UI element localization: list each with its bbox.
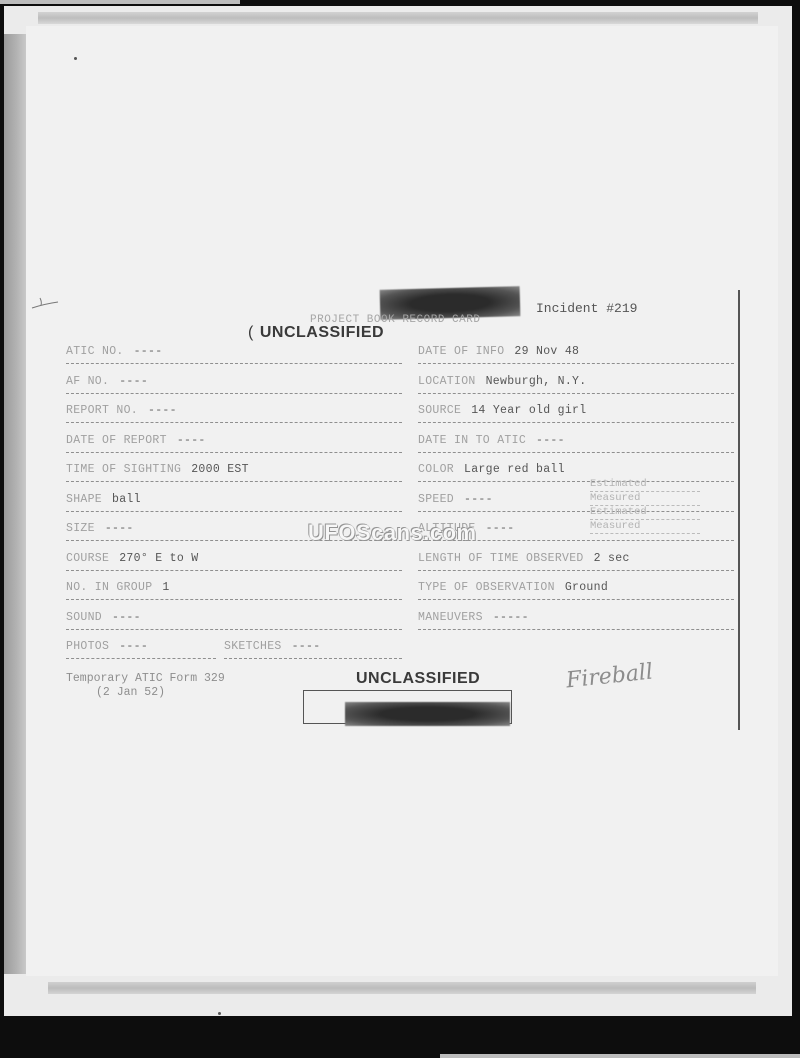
field-date-of-info: DATE OF INFO29 Nov 48: [418, 345, 734, 364]
scan-speck: [218, 1012, 221, 1015]
scan-band-top: [38, 12, 758, 24]
scan-band-bottom: [48, 982, 756, 994]
field-length-of-time-observed: LENGTH OF TIME OBSERVED2 sec: [418, 552, 734, 571]
field-value: ----: [148, 404, 177, 417]
field-report-no: REPORT NO.----: [66, 404, 402, 423]
form-border-right: [738, 290, 740, 730]
sub-label: Measured: [590, 520, 700, 534]
field-af-no: AF NO.----: [66, 375, 402, 394]
field-photos: PHOTOS----: [66, 640, 216, 659]
field-label: TIME OF SIGHTING: [66, 463, 181, 476]
field-date-of-report: DATE OF REPORT----: [66, 434, 402, 453]
field-sound: SOUND----: [66, 611, 402, 630]
field-value: 270° E to W: [119, 552, 198, 565]
field-value: ----: [536, 434, 565, 447]
field-label: SPEED: [418, 493, 454, 506]
field-value: 29 Nov 48: [514, 345, 579, 358]
field-label: NO. IN GROUP: [66, 581, 152, 594]
field-label: SIZE: [66, 522, 95, 535]
field-label: ATIC NO.: [66, 345, 124, 358]
field-label: TYPE OF OBSERVATION: [418, 581, 555, 594]
field-value: Newburgh, N.Y.: [486, 375, 587, 388]
field-label: DATE OF REPORT: [66, 434, 167, 447]
field-value: ----: [177, 434, 206, 447]
field-label: DATE IN TO ATIC: [418, 434, 526, 447]
form-number: Temporary ATIC Form 329 (2 Jan 52): [66, 672, 225, 700]
scan-speck: [74, 57, 77, 60]
field-label: LOCATION: [418, 375, 476, 388]
sub-label: Estimated: [590, 478, 700, 492]
field-value: 14 Year old girl: [471, 404, 586, 417]
field-time-of-sighting: TIME OF SIGHTING2000 EST: [66, 463, 402, 482]
sub-label: Measured: [590, 492, 700, 506]
sub-label: Estimated: [590, 506, 700, 520]
field-label: MANEUVERS: [418, 611, 483, 624]
field-course: COURSE270° E to W: [66, 552, 402, 571]
field-value: 2000 EST: [191, 463, 249, 476]
field-label: AF NO.: [66, 375, 109, 388]
field-no-in-group: NO. IN GROUP1: [66, 581, 402, 600]
field-atic-no: ATIC NO.----: [66, 345, 402, 364]
field-label: COLOR: [418, 463, 454, 476]
field-value: ----: [486, 522, 515, 535]
field-value: ----: [105, 522, 134, 535]
field-label: SOURCE: [418, 404, 461, 417]
field-type-of-observation: TYPE OF OBSERVATIONGround: [418, 581, 734, 600]
field-label: SHAPE: [66, 493, 102, 506]
field-value: Large red ball: [464, 463, 565, 476]
margin-pen-mark: [30, 296, 60, 312]
classification-stamp-top: (UNCLASSIFIED: [248, 324, 384, 342]
field-shape: SHAPEball: [66, 493, 402, 512]
field-label: DATE OF INFO: [418, 345, 504, 358]
watermark: UFOScans.com: [308, 520, 477, 546]
field-sketches: SKETCHES----: [224, 640, 402, 659]
field-value: ball: [112, 493, 141, 506]
redaction-mark: [345, 702, 510, 726]
field-value: 2 sec: [594, 552, 630, 565]
speed-altitude-sublabels: Estimated Measured Estimated Measured: [590, 478, 700, 534]
field-maneuvers: MANEUVERS-----: [418, 611, 734, 630]
scan-edge-bottom: [440, 1054, 800, 1058]
scan-shadow-left: [4, 34, 26, 974]
field-value: ----: [112, 611, 141, 624]
field-label: COURSE: [66, 552, 109, 565]
scan-edge-top: [0, 0, 240, 4]
field-location: LOCATIONNewburgh, N.Y.: [418, 375, 734, 394]
field-date-in-to-atic: DATE IN TO ATIC----: [418, 434, 734, 453]
field-value: -----: [493, 611, 529, 624]
field-source: SOURCE14 Year old girl: [418, 404, 734, 423]
classification-stamp-bottom: UNCLASSIFIED: [356, 670, 480, 688]
field-value: ----: [464, 493, 493, 506]
field-value: Ground: [565, 581, 608, 594]
field-label: REPORT NO.: [66, 404, 138, 417]
incident-number: Incident #219: [536, 301, 637, 316]
field-label: SOUND: [66, 611, 102, 624]
field-value: ----: [119, 375, 148, 388]
field-label: LENGTH OF TIME OBSERVED: [418, 552, 584, 565]
field-value: ----: [134, 345, 163, 358]
field-value: 1: [162, 581, 169, 594]
